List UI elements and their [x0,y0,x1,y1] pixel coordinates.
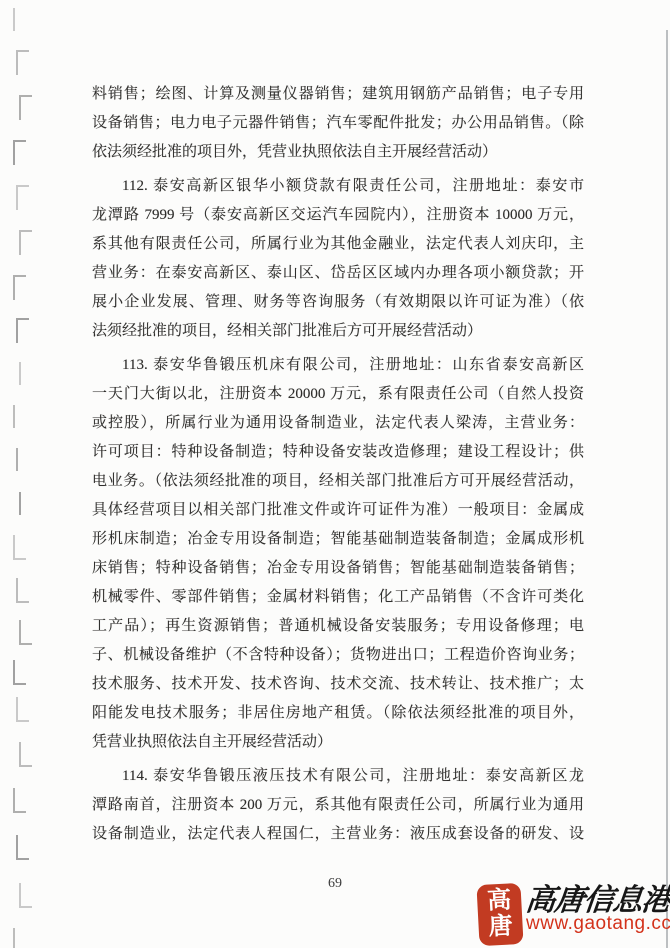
scan-artifact [16,697,29,722]
text-line: 子、机械设备维护（不含特种设备）；货物进出口；工程造价咨询业务； [92,641,584,670]
text-line: 具体经营项目以相关部门批准文件或许可证件为准）一般项目：金属成 [92,496,584,525]
scan-artifact [19,362,23,385]
text-line: 阳能发电技术服务；非居住房地产租赁。（除依法须经批准的项目外， [92,699,584,728]
paragraph: 113. 泰安华鲁锻压机床有限公司，注册地址：山东省泰安高新区一天门大街以北，注… [92,351,584,757]
scan-artifact [13,275,26,300]
text-line: 展小企业发展、管理、财务等咨询服务（有效期限以许可证为准）（依 [92,288,584,317]
text-line: 电业务。（依法须经批准的项目，经相关部门批准后方可开展经营活动， [92,467,584,496]
scan-artifact [16,318,29,343]
watermark-site-url: www.gaotang.cc [526,913,670,935]
scan-artifact [19,230,32,255]
text-line: 或控股），所属行业为通用设备制造业，法定代表人梁涛，主营业务： [92,409,584,438]
text-line: 法须经批准的项目，经相关部门批准后方可开展经营活动） [92,317,584,346]
seal-char-top: 高 [487,888,512,915]
text-line: 料销售；绘图、计算及测量仪器销售；建筑用钢筋产品销售；电子专用 [92,80,584,109]
scan-artifact [13,788,26,813]
document-text-block: 料销售；绘图、计算及测量仪器销售；建筑用钢筋产品销售；电子专用设备销售；电力电子… [92,80,584,849]
scan-artifact [19,742,32,767]
watermark-seal: 高 唐 [476,883,523,946]
text-line: 许可项目：特种设备制造；特种设备安装改造修理；建设工程设计；供 [92,438,584,467]
scan-artifact [13,535,26,560]
scan-artifact [19,492,23,515]
seal-char-bottom: 唐 [488,914,513,941]
text-line: 形机床制造；冶金专用设备制造；智能基础制造装备制造；金属成形机 [92,525,584,554]
scan-artifact [13,928,17,948]
text-line: 依法须经批准的项目外，凭营业执照依法自主开展经营活动） [92,138,584,167]
scan-edge-shadow [666,30,668,948]
text-line: 机械零件、零部件销售；金属材料销售；化工产品销售（不含许可类化 [92,583,584,612]
paragraph: 114. 泰安华鲁锻压液压技术有限公司，注册地址：泰安高新区龙潭路南首，注册资本… [92,762,584,849]
scan-artifact [19,95,32,120]
text-line: 112. 泰安高新区银华小额贷款有限责任公司，注册地址：泰安市 [92,172,584,201]
text-line: 凭营业执照依法自主开展经营活动） [92,728,584,757]
text-line: 营业务：在泰安高新区、泰山区、岱岳区区域内办理各项小额贷款；开 [92,259,584,288]
text-line: 龙潭路 7999 号（泰安高新区交运汽车园院内），注册资本 10000 万元， [92,201,584,230]
text-line: 114. 泰安华鲁锻压液压技术有限公司，注册地址：泰安高新区龙 [92,762,584,791]
watermark: 高 唐 高唐信息港 www.gaotang.cc [470,853,670,948]
scan-artifact [13,405,17,428]
text-line: 系其他有限责任公司，所属行业为其他金融业，法定代表人刘庆印，主 [92,230,584,259]
scan-artifact [13,8,17,31]
text-line: 设备制造业，法定代表人程国仁，主营业务：液压成套设备的研发、设 [92,820,584,849]
scan-artifact [19,620,32,645]
text-line: 床销售；特种设备销售；冶金专用设备销售；智能基础制造装备销售； [92,554,584,583]
scan-artifact [16,835,29,860]
text-line: 潭路南首，注册资本 200 万元，系其他有限责任公司，所属行业为通用 [92,791,584,820]
text-line: 设备销售；电力电子元器件销售；汽车零配件批发；办公用品销售。（除 [92,109,584,138]
text-line: 113. 泰安华鲁锻压机床有限公司，注册地址：山东省泰安高新区 [92,351,584,380]
text-line: 工产品）；再生资源销售；普通机械设备安装服务；专用设备修理；电 [92,612,584,641]
paragraph: 料销售；绘图、计算及测量仪器销售；建筑用钢筋产品销售；电子专用设备销售；电力电子… [92,80,584,167]
paragraph: 112. 泰安高新区银华小额贷款有限责任公司，注册地址：泰安市龙潭路 7999 … [92,172,584,346]
text-line: 一天门大街以北，注册资本 20000 万元，系有限责任公司（自然人投资 [92,380,584,409]
scan-artifact [16,448,20,471]
text-line: 技术服务、技术开发、技术咨询、技术交流、技术转让、技术推广；太 [92,670,584,699]
scan-artifact [16,578,29,603]
scan-artifact [16,50,29,75]
scanned-document-page: 料销售；绘图、计算及测量仪器销售；建筑用钢筋产品销售；电子专用设备销售；电力电子… [0,0,670,948]
scan-artifact [13,140,26,165]
scan-artifact [13,660,26,685]
scan-artifact [16,185,29,210]
